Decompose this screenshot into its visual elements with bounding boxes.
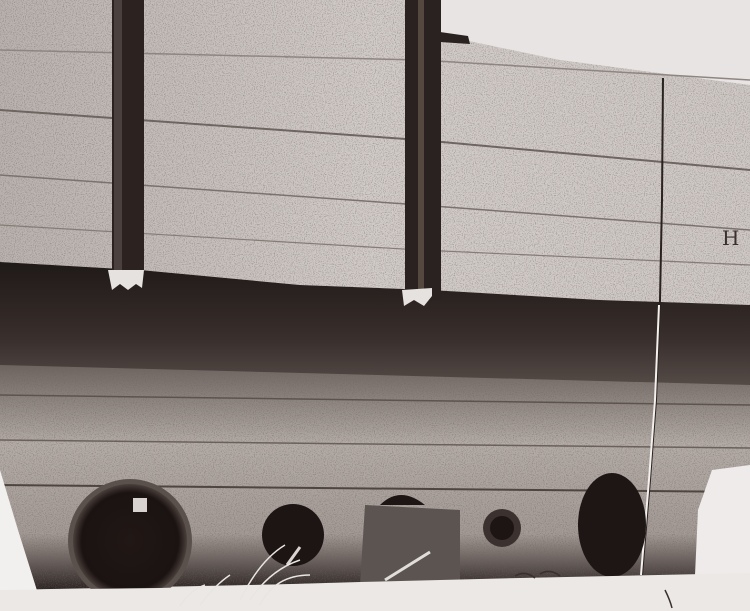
small-threaded-pipe [483, 509, 521, 547]
large-round-pipe [68, 479, 192, 603]
medium-round-pipe [262, 504, 324, 566]
wall-marking: H [722, 226, 739, 250]
steel-post-left [108, 0, 144, 290]
photograph: H [0, 0, 750, 611]
large-oval-opening [578, 473, 646, 577]
